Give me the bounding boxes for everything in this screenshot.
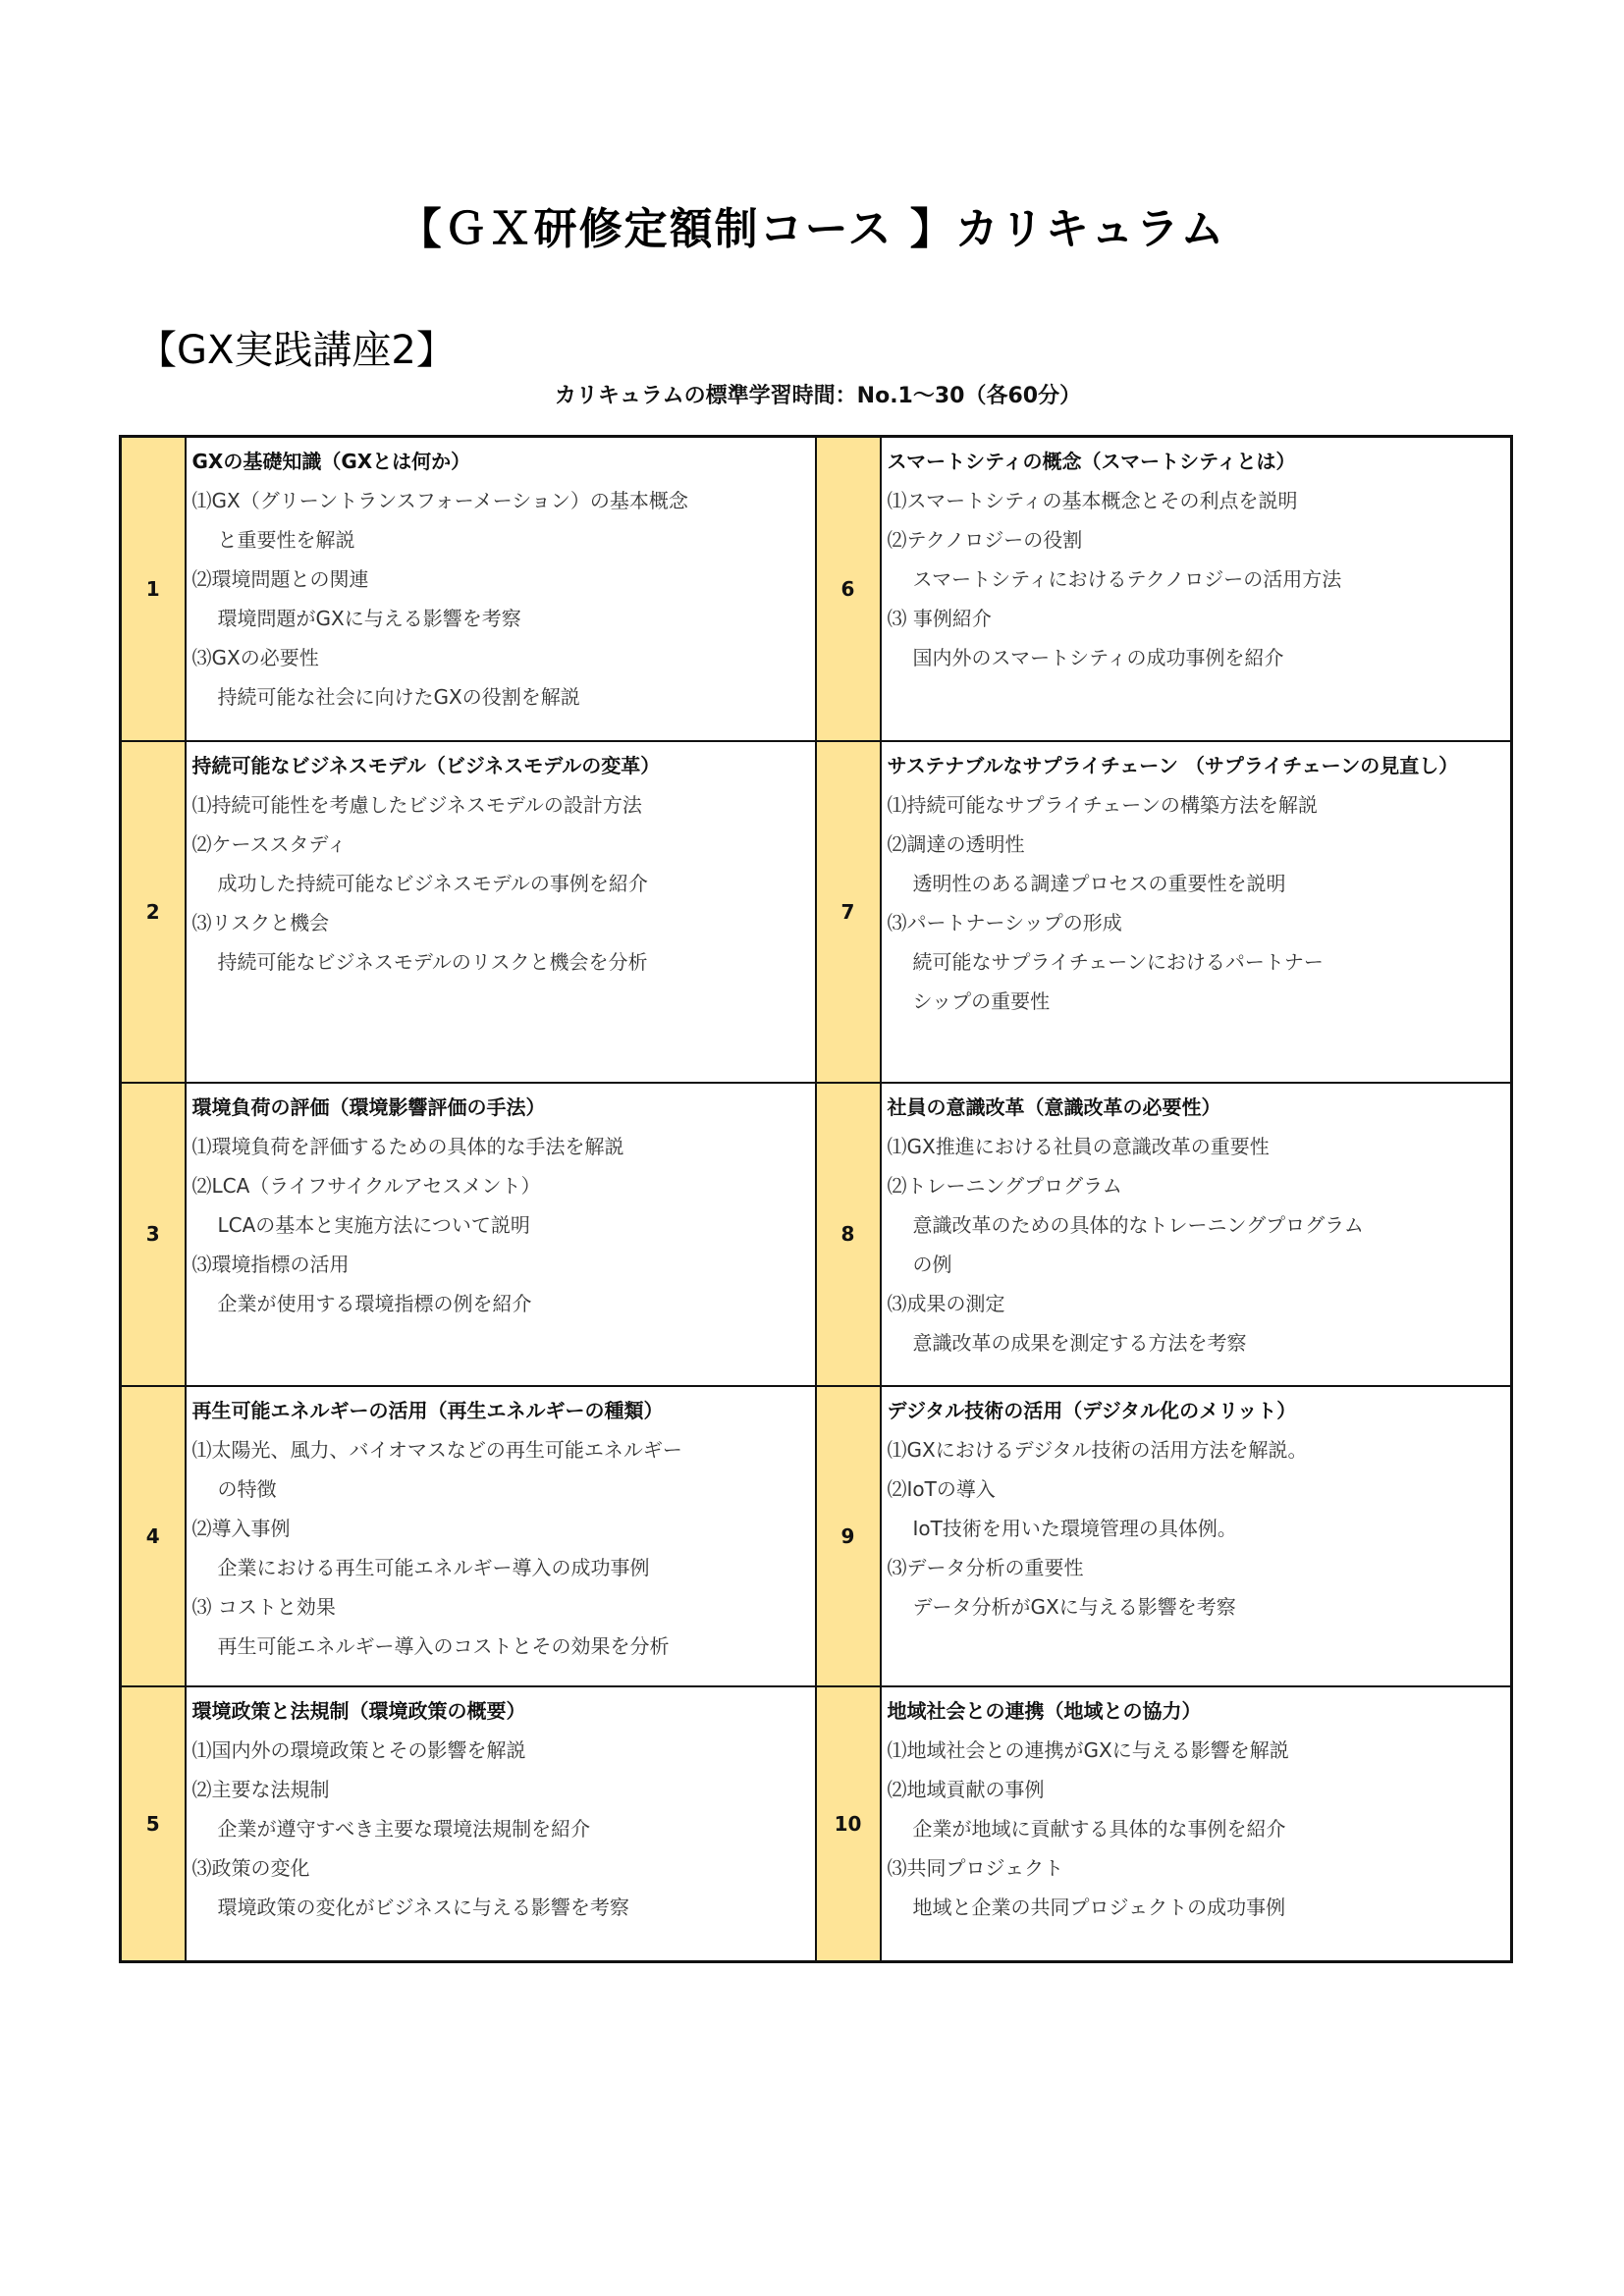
lesson-subtopic: ⑴GX推進における社員の意識改革の重要性 (888, 1127, 1505, 1166)
lesson-description: 企業における再生可能エネルギー導入の成功事例 (192, 1548, 809, 1587)
lesson-heading: サステナブルなサプライチェーン （サプライチェーンの見直し） (888, 746, 1505, 785)
table-row: 4再生可能エネルギーの活用（再生エネルギーの種類）⑴太陽光、風力、バイオマスなど… (121, 1386, 1512, 1686)
lesson-subtopic: ⑴GXにおけるデジタル技術の活用方法を解説。 (888, 1430, 1505, 1469)
lesson-heading: デジタル技術の活用（デジタル化のメリット） (888, 1391, 1505, 1430)
lesson-content: デジタル技術の活用（デジタル化のメリット）⑴GXにおけるデジタル技術の活用方法を… (881, 1386, 1512, 1686)
lesson-subtopic: ⑶成果の測定 (888, 1284, 1505, 1323)
lesson-description: の例 (888, 1245, 1505, 1284)
lesson-description: 環境問題がGXに与える影響を考察 (192, 599, 809, 638)
lesson-number: 7 (816, 741, 881, 1083)
lesson-description: 意識改革のための具体的なトレーニングプログラム (888, 1205, 1505, 1245)
lesson-subtopic: ⑵LCA（ライフサイクルアセスメント） (192, 1166, 809, 1205)
lesson-heading: 社員の意識改革（意識改革の必要性） (888, 1088, 1505, 1127)
lesson-subtopic: ⑵環境問題との関連 (192, 560, 809, 599)
lesson-description: LCAの基本と実施方法について説明 (192, 1205, 809, 1245)
lesson-description: 国内外のスマートシティの成功事例を紹介 (888, 638, 1505, 677)
lesson-subtopic: ⑵調達の透明性 (888, 825, 1505, 864)
lesson-subtopic: ⑶GXの必要性 (192, 638, 809, 677)
lesson-description: 続可能なサプライチェーンにおけるパートナー (888, 942, 1505, 982)
lesson-description: 再生可能エネルギー導入のコストとその効果を分析 (192, 1627, 809, 1666)
lesson-subtopic: ⑶共同プロジェクト (888, 1848, 1505, 1888)
lesson-subtopic: ⑶データ分析の重要性 (888, 1548, 1505, 1587)
lesson-heading: GXの基礎知識（GXとは何か） (192, 442, 809, 481)
lesson-description: の特徴 (192, 1469, 809, 1509)
lesson-description: 企業が地域に貢献する具体的な事例を紹介 (888, 1809, 1505, 1848)
lesson-subtopic: ⑴太陽光、風力、バイオマスなどの再生可能エネルギー (192, 1430, 809, 1469)
table-row: 1GXの基礎知識（GXとは何か）⑴GX（グリーントランスフォーメーション）の基本… (121, 437, 1512, 741)
lesson-subtopic: ⑴国内外の環境政策とその影響を解説 (192, 1731, 809, 1770)
lesson-heading: 地域社会との連携（地域との協力） (888, 1691, 1505, 1731)
table-row: 2持続可能なビジネスモデル（ビジネスモデルの変革）⑴持続可能性を考慮したビジネス… (121, 741, 1512, 1083)
lesson-description: 環境政策の変化がビジネスに与える影響を考察 (192, 1888, 809, 1927)
lesson-subtopic: ⑴持続可能なサプライチェーンの構築方法を解説 (888, 785, 1505, 825)
lesson-content: 社員の意識改革（意識改革の必要性）⑴GX推進における社員の意識改革の重要性⑵トレ… (881, 1083, 1512, 1386)
lesson-content: 再生可能エネルギーの活用（再生エネルギーの種類）⑴太陽光、風力、バイオマスなどの… (186, 1386, 816, 1686)
lesson-content: 環境負荷の評価（環境影響評価の手法）⑴環境負荷を評価するための具体的な手法を解説… (186, 1083, 816, 1386)
section-title: 【GX実践講座2】 (137, 319, 456, 375)
lesson-subtopic: ⑵ケーススタディ (192, 825, 809, 864)
lesson-content: GXの基礎知識（GXとは何か）⑴GX（グリーントランスフォーメーション）の基本概… (186, 437, 816, 741)
lesson-description: IoT技術を用いた環境管理の具体例。 (888, 1509, 1505, 1548)
lesson-description: 企業が遵守すべき主要な環境法規制を紹介 (192, 1809, 809, 1848)
lesson-number: 6 (816, 437, 881, 741)
lesson-subtopic: ⑵導入事例 (192, 1509, 809, 1548)
lesson-number: 4 (121, 1386, 186, 1686)
lesson-number: 8 (816, 1083, 881, 1386)
lesson-content: 地域社会との連携（地域との協力）⑴地域社会との連携がGXに与える影響を解説⑵地域… (881, 1686, 1512, 1962)
lesson-description: と重要性を解説 (192, 520, 809, 560)
lesson-number: 5 (121, 1686, 186, 1962)
lesson-heading: 持続可能なビジネスモデル（ビジネスモデルの変革） (192, 746, 809, 785)
lesson-subtopic: ⑵テクノロジーの役割 (888, 520, 1505, 560)
lesson-description: シップの重要性 (888, 982, 1505, 1021)
lesson-description: 透明性のある調達プロセスの重要性を説明 (888, 864, 1505, 903)
table-row: 5環境政策と法規制（環境政策の概要）⑴国内外の環境政策とその影響を解説⑵主要な法… (121, 1686, 1512, 1962)
lesson-subtopic: ⑴環境負荷を評価するための具体的な手法を解説 (192, 1127, 809, 1166)
lesson-content: 環境政策と法規制（環境政策の概要）⑴国内外の環境政策とその影響を解説⑵主要な法規… (186, 1686, 816, 1962)
lesson-subtopic: ⑶リスクと機会 (192, 903, 809, 942)
lesson-subtopic: ⑶政策の変化 (192, 1848, 809, 1888)
lesson-description: 持続可能なビジネスモデルのリスクと機会を分析 (192, 942, 809, 982)
lesson-heading: 環境負荷の評価（環境影響評価の手法） (192, 1088, 809, 1127)
lesson-subtopic: ⑴GX（グリーントランスフォーメーション）の基本概念 (192, 481, 809, 520)
lesson-number: 2 (121, 741, 186, 1083)
lesson-heading: 再生可能エネルギーの活用（再生エネルギーの種類） (192, 1391, 809, 1430)
lesson-number: 3 (121, 1083, 186, 1386)
curriculum-table: 1GXの基礎知識（GXとは何か）⑴GX（グリーントランスフォーメーション）の基本… (119, 435, 1513, 1963)
lesson-subtopic: ⑵地域貢献の事例 (888, 1770, 1505, 1809)
lesson-description: 持続可能な社会に向けたGXの役割を解説 (192, 677, 809, 717)
lesson-number: 9 (816, 1386, 881, 1686)
lesson-subtopic: ⑵主要な法規制 (192, 1770, 809, 1809)
lesson-content: スマートシティの概念（スマートシティとは）⑴スマートシティの基本概念とその利点を… (881, 437, 1512, 741)
lesson-subtopic: ⑶ コストと効果 (192, 1587, 809, 1627)
lesson-description: 成功した持続可能なビジネスモデルの事例を紹介 (192, 864, 809, 903)
lesson-subtopic: ⑵トレーニングプログラム (888, 1166, 1505, 1205)
lesson-description: データ分析がGXに与える影響を考察 (888, 1587, 1505, 1627)
lesson-content: サステナブルなサプライチェーン （サプライチェーンの見直し）⑴持続可能なサプライ… (881, 741, 1512, 1083)
lesson-description: スマートシティにおけるテクノロジーの活用方法 (888, 560, 1505, 599)
lesson-number: 1 (121, 437, 186, 741)
lesson-description: 企業が使用する環境指標の例を紹介 (192, 1284, 809, 1323)
lesson-subtopic: ⑴持続可能性を考慮したビジネスモデルの設計方法 (192, 785, 809, 825)
lesson-heading: 環境政策と法規制（環境政策の概要） (192, 1691, 809, 1731)
lesson-number: 10 (816, 1686, 881, 1962)
lesson-description: 意識改革の成果を測定する方法を考察 (888, 1323, 1505, 1362)
table-row: 3環境負荷の評価（環境影響評価の手法）⑴環境負荷を評価するための具体的な手法を解… (121, 1083, 1512, 1386)
lesson-subtopic: ⑵IoTの導入 (888, 1469, 1505, 1509)
lesson-subtopic: ⑶ 事例紹介 (888, 599, 1505, 638)
lesson-content: 持続可能なビジネスモデル（ビジネスモデルの変革）⑴持続可能性を考慮したビジネスモ… (186, 741, 816, 1083)
page-title: 【ＧＸ研修定額制コース 】カリキュラム (0, 193, 1624, 256)
lesson-subtopic: ⑶環境指標の活用 (192, 1245, 809, 1284)
lesson-subtopic: ⑴地域社会との連携がGXに与える影響を解説 (888, 1731, 1505, 1770)
study-time-note: カリキュラムの標準学習時間：No.1～30（各60分） (0, 379, 1624, 409)
lesson-heading: スマートシティの概念（スマートシティとは） (888, 442, 1505, 481)
lesson-subtopic: ⑴スマートシティの基本概念とその利点を説明 (888, 481, 1505, 520)
lesson-subtopic: ⑶パートナーシップの形成 (888, 903, 1505, 942)
lesson-description: 地域と企業の共同プロジェクトの成功事例 (888, 1888, 1505, 1927)
